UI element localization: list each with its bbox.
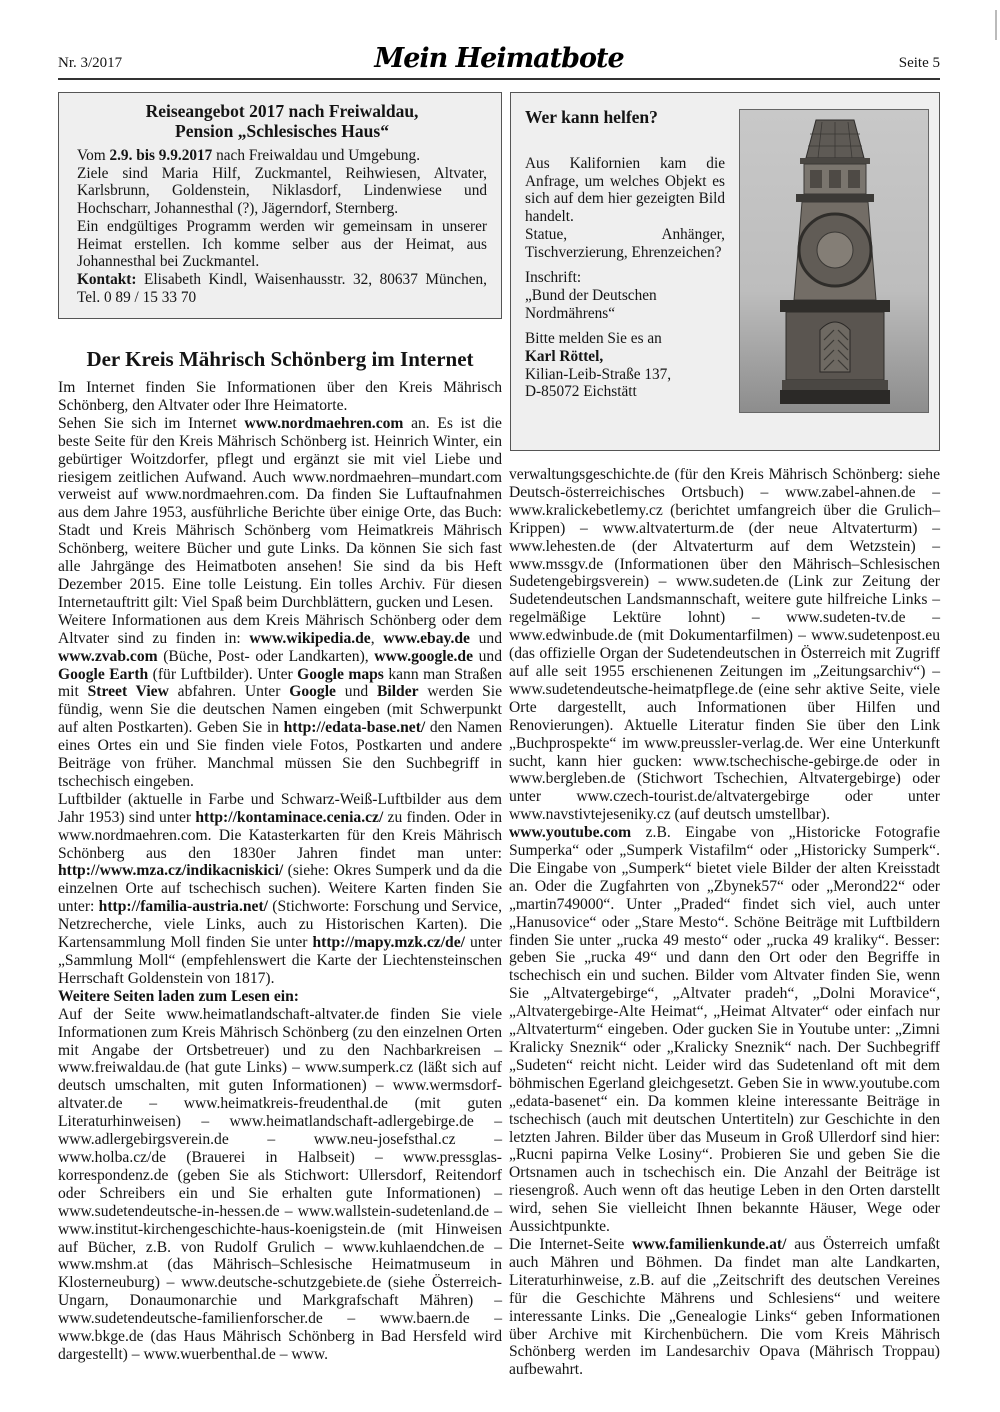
link-ebay: www.ebay.de: [383, 630, 470, 647]
link-edata-base: http://edata-base.net/: [284, 719, 426, 736]
link-familienkunde: www.familienkunde.at/: [632, 1236, 786, 1253]
link-youtube: www.youtube.com: [509, 824, 631, 841]
link-google: www.google.de: [374, 648, 473, 665]
link-mza: http://www.mza.cz/indikacniskici/: [58, 862, 283, 879]
link-kontaminace: http://kontaminace.cenia.cz/: [195, 809, 383, 826]
google-maps: Google maps: [297, 666, 384, 683]
help-para-1: Aus Kalifornien kam die Anfrage, um welc…: [525, 155, 725, 226]
link-mapy-mzk: http://mapy.mzk.cz/de/: [312, 934, 464, 951]
object-photo: [739, 109, 929, 413]
article-para-nordmaehren: Sehen Sie sich im Internet www.nordmaehr…: [58, 415, 502, 612]
article-para-links-cont: verwaltungsgeschichte.de (für den Kreis …: [509, 466, 940, 824]
contact-label: Kontakt:: [77, 271, 137, 288]
page-header: Nr. 3/2017 Mein Heimatbote Seite 5: [58, 40, 940, 80]
issue-number: Nr. 3/2017: [58, 55, 122, 72]
travel-dates: Vom 2.9. bis 9.9.2017 nach Freiwaldau un…: [77, 147, 487, 165]
help-body: Aus Kalifornien kam die Anfrage, um welc…: [525, 155, 725, 401]
travel-contact: Kontakt: Elisabeth Kindl, Waisenhausstr.…: [77, 271, 487, 306]
article-column-right: verwaltungsgeschichte.de (für den Kreis …: [509, 466, 940, 1379]
link-zvab: www.zvab.com: [58, 648, 158, 665]
help-title: Wer kann helfen?: [525, 107, 725, 128]
title-line-2: Pension „Schlesisches Haus“: [77, 121, 487, 141]
article-para-maps: Luftbilder (aktuelle in Farbe und Schwar…: [58, 791, 502, 988]
street-view: Street View: [88, 683, 169, 700]
article-para-more-info: Weitere Informationen aus dem Kreis Mähr…: [58, 612, 502, 791]
tower-object-icon: [740, 110, 928, 412]
who-can-help-box: Wer kann helfen? Aus Kalifornien kam die…: [510, 92, 940, 451]
page-number: Seite 5: [899, 55, 940, 72]
dates-suffix: nach Freiwaldau und Umgebung.: [212, 147, 420, 164]
article-para-youtube: www.youtube.com z.B. Eingabe von „Histor…: [509, 824, 940, 1236]
article-para-intro: Im Internet finden Sie Informationen übe…: [58, 379, 502, 415]
travel-goals: Ziele sind Maria Hilf, Zuckmantel, Reihw…: [77, 165, 487, 218]
article-para-familienkunde: Die Internet-Seite www.familienkunde.at/…: [509, 1236, 940, 1379]
contact-text: Elisabeth Kindl, Waisenhausstr. 32, 8063…: [77, 271, 487, 306]
article-column-left: Im Internet finden Sie Informationen übe…: [58, 379, 502, 1364]
article-para-links: Auf der Seite www.heimatlandschaft-altva…: [58, 1006, 502, 1364]
help-para-2: Statue, Anhänger, Tischverzierung, Ehren…: [525, 226, 725, 261]
link-nordmaehren: www.nordmaehren.com: [244, 415, 403, 432]
title-line-1: Reiseangebot 2017 nach Freiwaldau,: [77, 101, 487, 121]
contact-street: Kilian-Leib-Straße 137,: [525, 366, 725, 384]
contact-name: Karl Röttel,: [525, 348, 725, 366]
report-to: Bitte melden Sie es an: [525, 330, 725, 348]
article-title: Der Kreis Mährisch Schönberg im Internet: [58, 347, 502, 372]
contact-city: D-85072 Eichstätt: [525, 383, 725, 401]
travel-offer-title: Reiseangebot 2017 nach Freiwaldau, Pensi…: [77, 101, 487, 141]
article-subheading: Weitere Seiten laden zum Lesen ein:: [58, 988, 502, 1006]
travel-program: Ein endgültiges Programm werden wir geme…: [77, 218, 487, 271]
inscription-label: Inschrift:: [525, 269, 725, 287]
link-wikipedia: www.wikipedia.de: [249, 630, 370, 647]
masthead-logo: Mein Heimatbote: [374, 43, 623, 74]
dates-bold: 2.9. bis 9.9.2017: [109, 147, 212, 164]
link-familia-austria: http://familia-austria.net/: [99, 898, 268, 915]
scan-edge-mark: [995, 10, 997, 40]
dates-prefix: Vom: [77, 147, 109, 164]
travel-offer-box: Reiseangebot 2017 nach Freiwaldau, Pensi…: [58, 92, 502, 319]
inscription-text: „Bund der Deutschen Nordmährens“: [525, 287, 725, 322]
google-earth: Google Earth: [58, 666, 148, 683]
